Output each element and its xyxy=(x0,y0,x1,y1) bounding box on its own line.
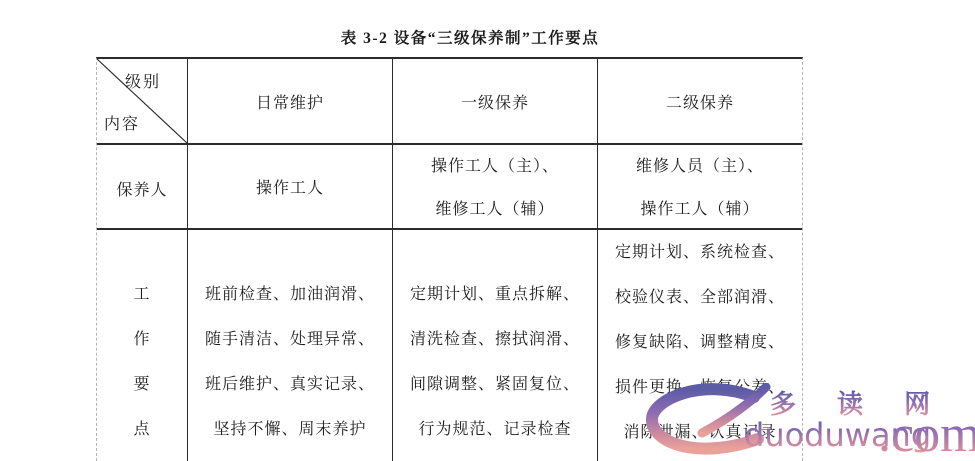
row-header-maintainer: 保养人 xyxy=(97,145,188,231)
points-level1: 定期计划、重点拆解、 清洗检查、擦拭润滑、 间隙调整、紧固复位、 行为规范、记录… xyxy=(393,230,598,461)
table-header-row: 级别 内容 日常维护 一级保养 二级保养 xyxy=(97,59,802,145)
corner-label-level: 级别 xyxy=(125,69,161,92)
column-header-level2: 二级保养 xyxy=(598,59,802,143)
points-daily: 班前检查、加油润滑、 随手清洁、处理异常、 班后维护、真实记录、 坚持不懈、周末… xyxy=(188,230,393,461)
maintainer-daily: 操作工人 xyxy=(188,145,393,231)
column-header-daily: 日常维护 xyxy=(188,59,393,143)
document-page: { "title": "表 3-2 设备“三级保养制”工作要点", "table… xyxy=(0,0,975,461)
row-header-work-points: 工 作 要 点 xyxy=(97,230,188,461)
column-header-level1: 一级保养 xyxy=(393,59,598,143)
watermark: 多 读 网 duoduwang .com xyxy=(642,383,975,461)
corner-label-content: 内容 xyxy=(104,111,140,134)
corner-cell: 级别 内容 xyxy=(97,59,188,143)
maintainer-level2: 维修人员（主）、 操作工人（辅） xyxy=(598,145,802,231)
maintainer-level1: 操作工人（主）、 维修工人（辅） xyxy=(393,145,598,231)
maintainer-row: 保养人 操作工人 操作工人（主）、 维修工人（辅） 维修人员（主）、 操作工人（… xyxy=(97,145,802,230)
watermark-tld-text: .com xyxy=(878,406,975,461)
table-title: 表 3-2 设备“三级保养制”工作要点 xyxy=(0,26,940,48)
